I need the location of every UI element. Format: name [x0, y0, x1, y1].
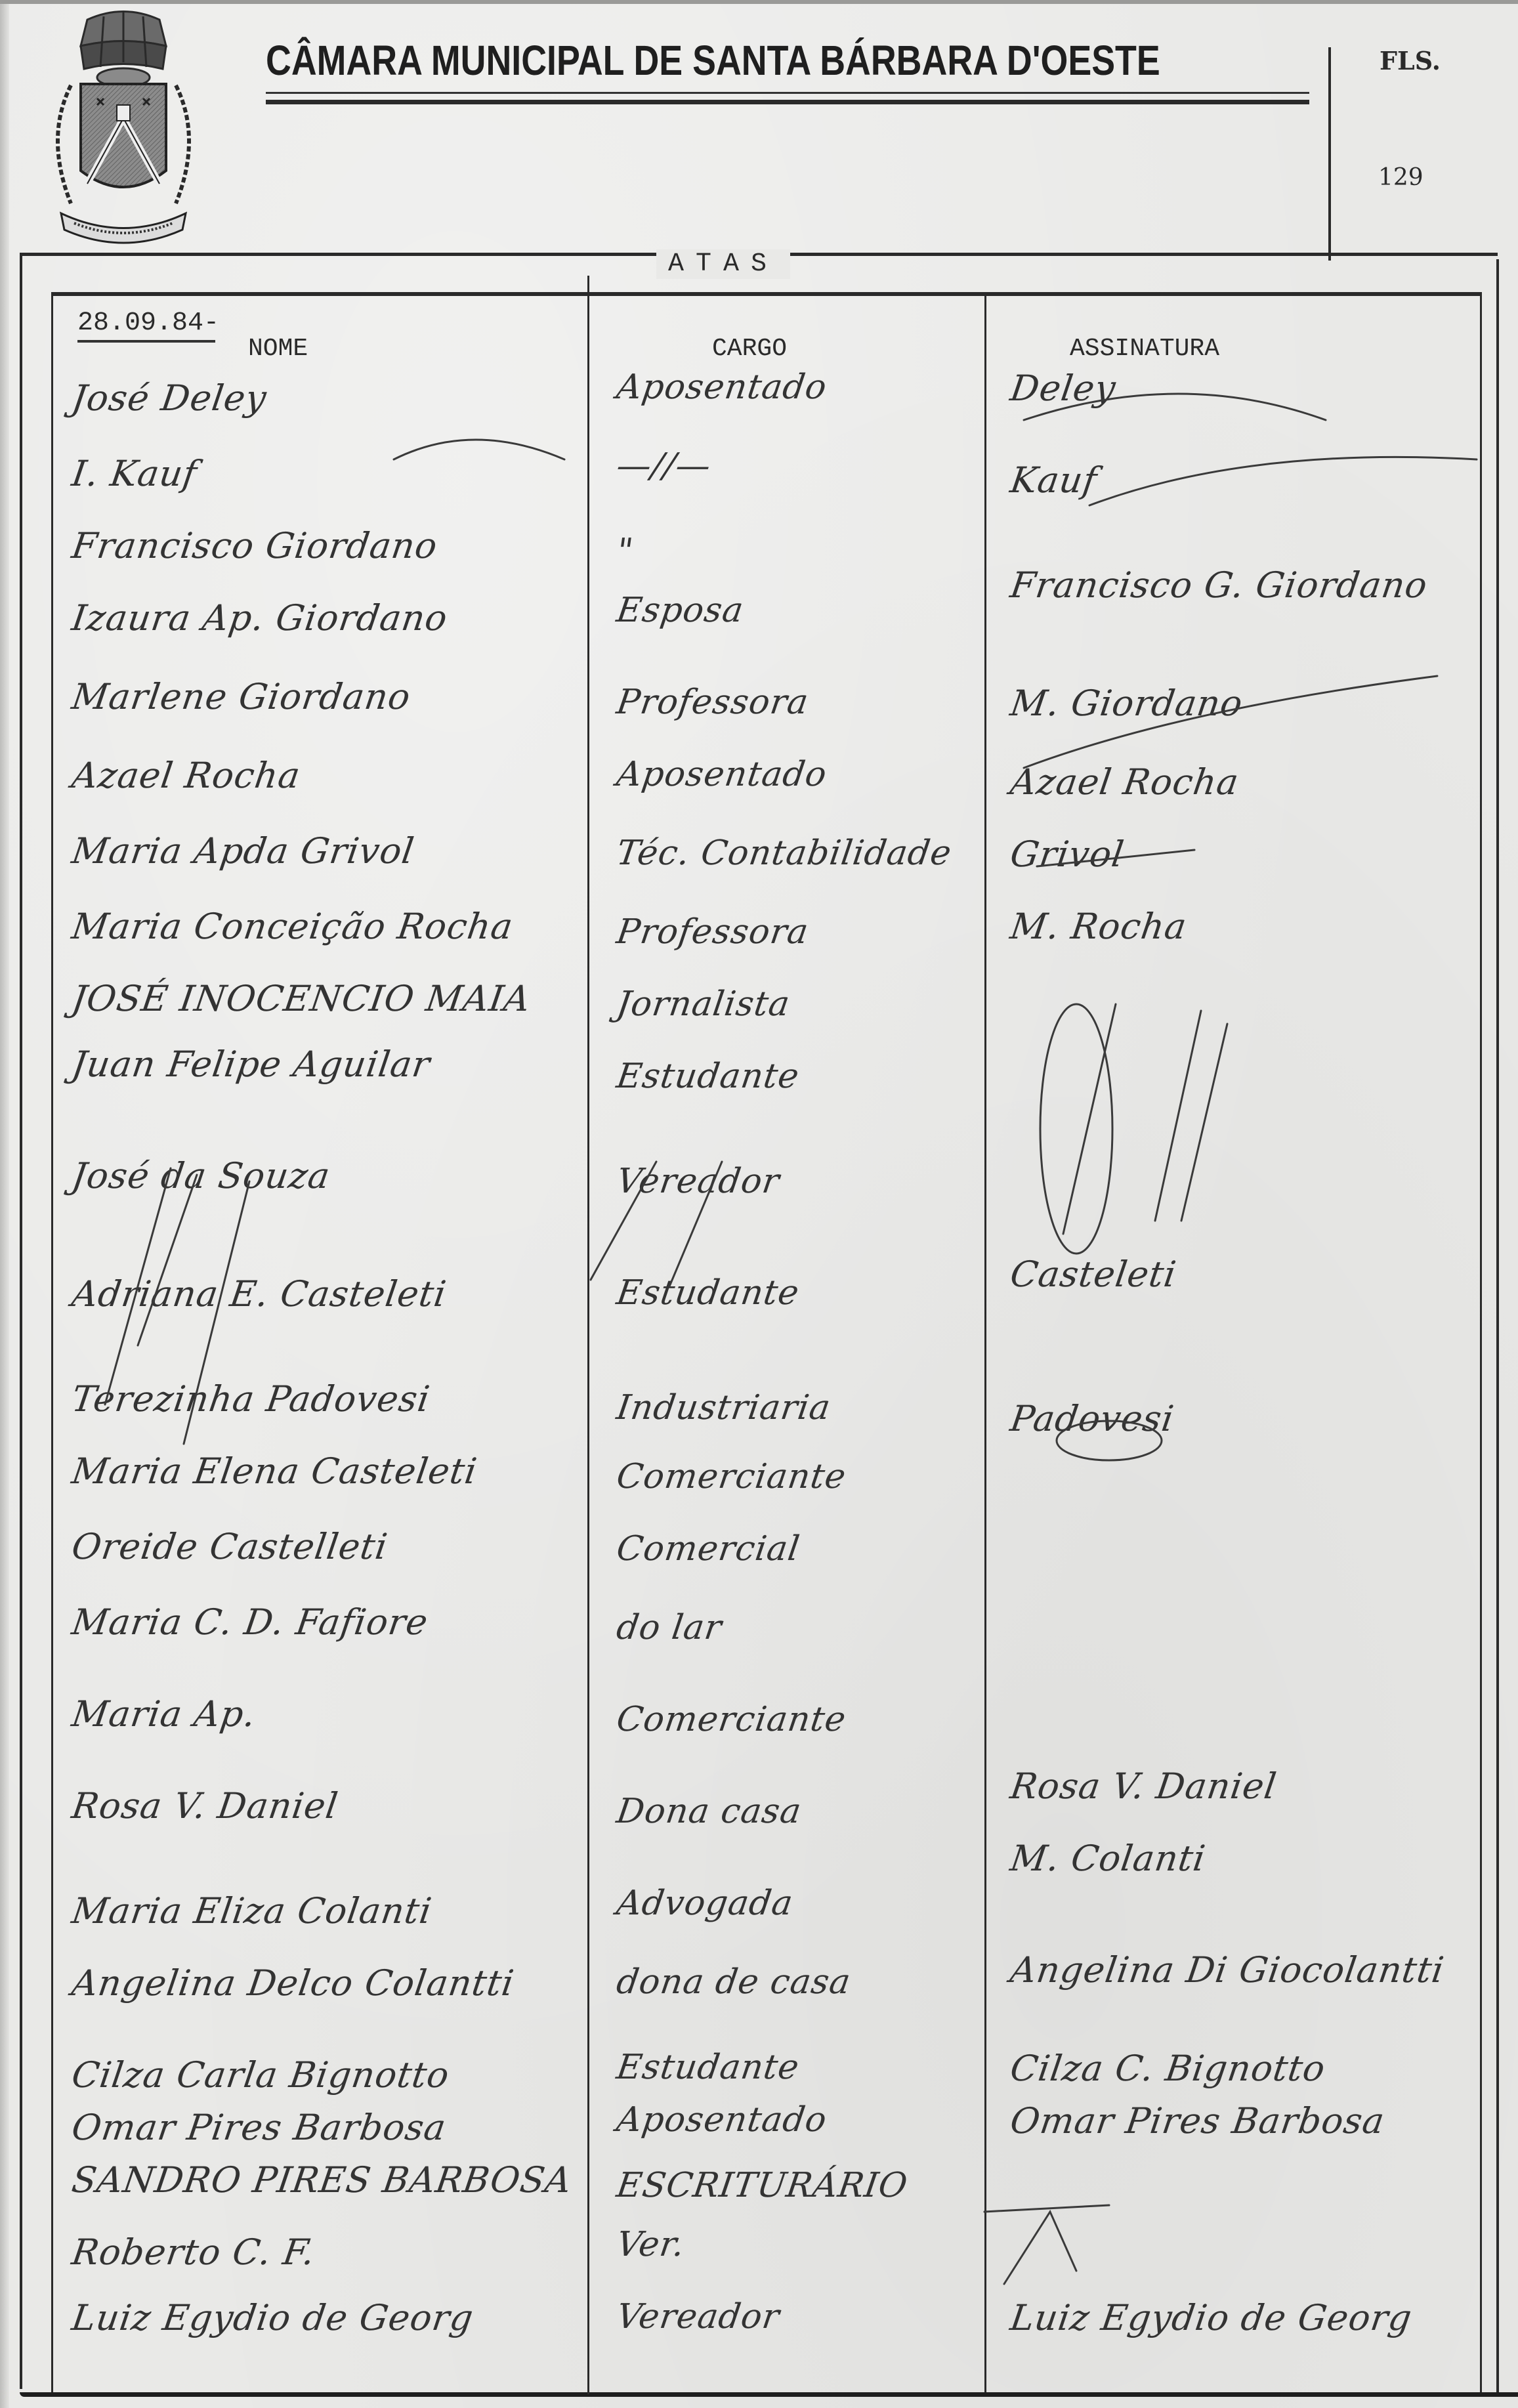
column-header-cargo: CARGO [712, 335, 787, 363]
page-top-edge [0, 0, 1518, 4]
row-cargo: Esposa [614, 591, 746, 630]
row-cargo: Professora [614, 683, 811, 722]
column-divider [587, 276, 589, 2394]
table-frame [51, 292, 1482, 296]
row-nome: Izaura Ap. Giordano [70, 597, 450, 639]
row-assinatura: M. Colanti [1008, 1838, 1209, 1879]
row-nome: Maria Ap. [70, 1693, 259, 1735]
row-nome: Luiz Egydio de Georg [70, 2297, 476, 2338]
row-nome: JOSÉ INOCENCIO MAIA [70, 978, 534, 1019]
row-nome: Oreide Castelleti [70, 1526, 390, 1567]
row-nome: José Deley [70, 377, 270, 419]
row-cargo: Comerciante [614, 1457, 849, 1496]
table-frame [51, 292, 53, 2392]
row-nome: Cilza Carla Bignotto [70, 2054, 452, 2096]
row-cargo: Aposentado [614, 368, 830, 407]
row-nome: Maria Elena Casteleti [70, 1450, 480, 1492]
fls-divider [1328, 47, 1331, 261]
row-assinatura: Kauf [1008, 459, 1100, 501]
row-assinatura: Padovesi [1008, 1398, 1177, 1439]
coat-of-arms-icon [25, 7, 222, 249]
row-cargo: do lar [614, 1608, 725, 1647]
row-cargo: Comerciante [614, 1700, 849, 1739]
outer-frame [20, 2392, 1518, 2397]
row-nome: Maria Eliza Colanti [70, 1890, 435, 1932]
row-assinatura: M. Giordano [1008, 683, 1246, 724]
title-rule [266, 92, 1309, 94]
row-nome: Roberto C. F. [70, 2231, 318, 2273]
page-edge-shadow [0, 0, 9, 2408]
row-assinatura: Luiz Egydio de Georg [1008, 2297, 1415, 2338]
row-cargo: —//— [614, 446, 713, 486]
row-assinatura: Rosa V. Daniel [1008, 1765, 1280, 1807]
row-nome: Rosa V. Daniel [70, 1785, 341, 1827]
column-header-nome: NOME [248, 335, 308, 363]
row-cargo: Jornalista [614, 984, 793, 1024]
row-assinatura: Angelina Di Giocolantti [1008, 1949, 1447, 1991]
row-cargo: Professora [614, 912, 811, 952]
table-frame [1480, 292, 1482, 2392]
row-assinatura: Francisco G. Giordano [1008, 564, 1431, 606]
row-cargo: Vereador [614, 2297, 782, 2336]
section-title: ATAS [656, 249, 790, 279]
row-nome: Terezinha Padovesi [70, 1378, 433, 1420]
row-assinatura: Deley [1008, 368, 1119, 409]
column-divider [984, 292, 986, 2392]
row-cargo: Ver. [614, 2225, 688, 2264]
row-cargo: Dona casa [614, 1792, 804, 1831]
row-assinatura: M. Rocha [1008, 906, 1190, 947]
row-assinatura: Casteleti [1008, 1254, 1179, 1295]
row-cargo: Advogada [614, 1884, 796, 1923]
row-nome: Maria C. D. Fafiore [70, 1601, 431, 1643]
row-nome: José da Souza [70, 1155, 333, 1196]
row-cargo: Estudante [614, 1057, 802, 1096]
row-cargo: Aposentado [614, 755, 830, 794]
fls-label: FLS. [1380, 46, 1441, 75]
row-assinatura: Omar Pires Barbosa [1008, 2100, 1387, 2142]
row-nome: Juan Felipe Aguilar [70, 1044, 433, 1085]
date-underline [77, 340, 215, 343]
row-cargo: Téc. Contabilidade [614, 834, 954, 873]
outer-frame [20, 253, 22, 2389]
row-cargo: Vereador [614, 1162, 782, 1201]
outer-frame [1496, 259, 1499, 2392]
row-cargo: " [614, 532, 636, 571]
row-nome: Marlene Giordano [70, 676, 413, 717]
row-cargo: Estudante [614, 1273, 802, 1313]
row-cargo: Comercial [614, 1529, 803, 1569]
row-nome: Omar Pires Barbosa [70, 2107, 449, 2148]
register-date: 28.09.84- [77, 308, 219, 338]
row-cargo: Aposentado [614, 2100, 830, 2140]
row-nome: Francisco Giordano [70, 525, 440, 566]
row-nome: Maria Conceição Rocha [70, 906, 516, 947]
row-nome: I. Kauf [70, 453, 200, 494]
page-number: 129 [1378, 164, 1423, 191]
row-nome: SANDRO PIRES BARBOSA [70, 2159, 575, 2201]
title-rule-thick [266, 100, 1309, 104]
row-cargo: dona de casa [614, 1962, 853, 2002]
row-assinatura: Azael Rocha [1008, 761, 1242, 803]
row-nome: Angelina Delco Colantti [70, 1962, 517, 2004]
row-cargo: Industriaria [614, 1388, 833, 1427]
institution-title: CÂMARA MUNICIPAL DE SANTA BÁRBARA D'OEST… [266, 36, 1160, 85]
column-header-assinatura: ASSINATURA [1070, 335, 1219, 363]
row-assinatura: Grivol [1008, 834, 1127, 875]
row-cargo: ESCRITURÁRIO [614, 2166, 910, 2205]
row-nome: Adriana E. Casteleti [70, 1273, 450, 1315]
row-nome: Maria Apda Grivol [70, 830, 417, 872]
row-nome: Azael Rocha [70, 755, 303, 796]
row-cargo: Estudante [614, 2048, 802, 2087]
row-assinatura: Cilza C. Bignotto [1008, 2048, 1328, 2089]
